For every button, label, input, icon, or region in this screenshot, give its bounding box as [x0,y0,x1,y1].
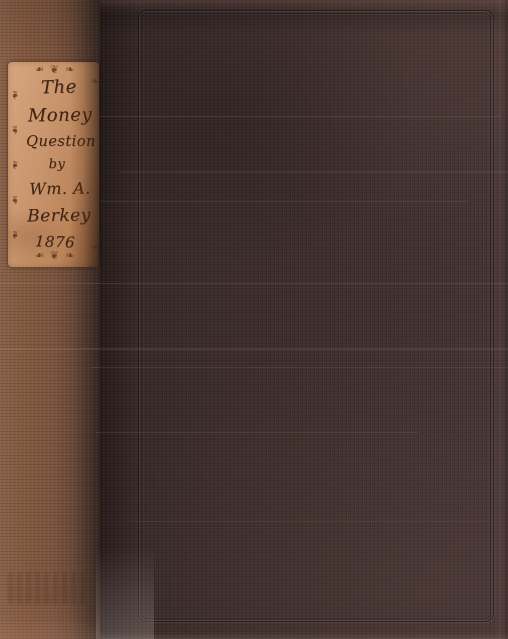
blind-stamped-frame [138,10,494,622]
blind-stamped-frame-inner-rule [141,13,491,619]
floral-scroll-icon: ❧ [35,250,44,264]
floral-scroll-icon: ❧ [10,159,22,169]
floral-heart-icon: ❦ [50,64,59,78]
label-line-the: The [23,76,96,99]
label-line-by: by [21,156,93,174]
book-photo: ❧ ❦ ❧ ❧ ❧ ❧ ❧ ❧ ❧ ❧ The Money Question b… [0,0,508,639]
floral-heart-icon: ❦ [50,250,59,264]
floral-scroll-icon: ❧ [35,64,44,78]
embossed-stamp [8,572,86,604]
scratch-line [96,432,418,433]
cover-right-edge [495,0,508,639]
scratch-line [96,116,502,117]
scratch-line [0,283,508,284]
spine-paper-label: ❧ ❦ ❧ ❧ ❧ ❧ ❧ ❧ ❧ ❧ The Money Question b… [8,62,99,267]
scratch-line [100,201,468,202]
label-ornament-bottom: ❧ ❦ ❧ [18,250,91,264]
scratch-line [90,367,508,368]
spine-label-text: The Money Question by Wm. A. Berkey 1876 [21,77,93,251]
hinge-light-reflection [96,547,154,639]
label-line-money: Money [24,105,96,127]
scratch-line [120,171,508,173]
label-line-author-last: Berkey [23,205,95,226]
floral-scroll-icon: ❧ [10,194,22,204]
floral-scroll-icon: ❧ [10,124,22,134]
floral-scroll-icon: ❧ [10,89,22,99]
scratch-line [130,521,488,522]
label-line-question: Question [25,134,97,150]
scratch-line [0,348,508,350]
label-line-author-first: Wm. A. [24,179,96,199]
floral-scroll-icon: ❧ [65,250,74,264]
